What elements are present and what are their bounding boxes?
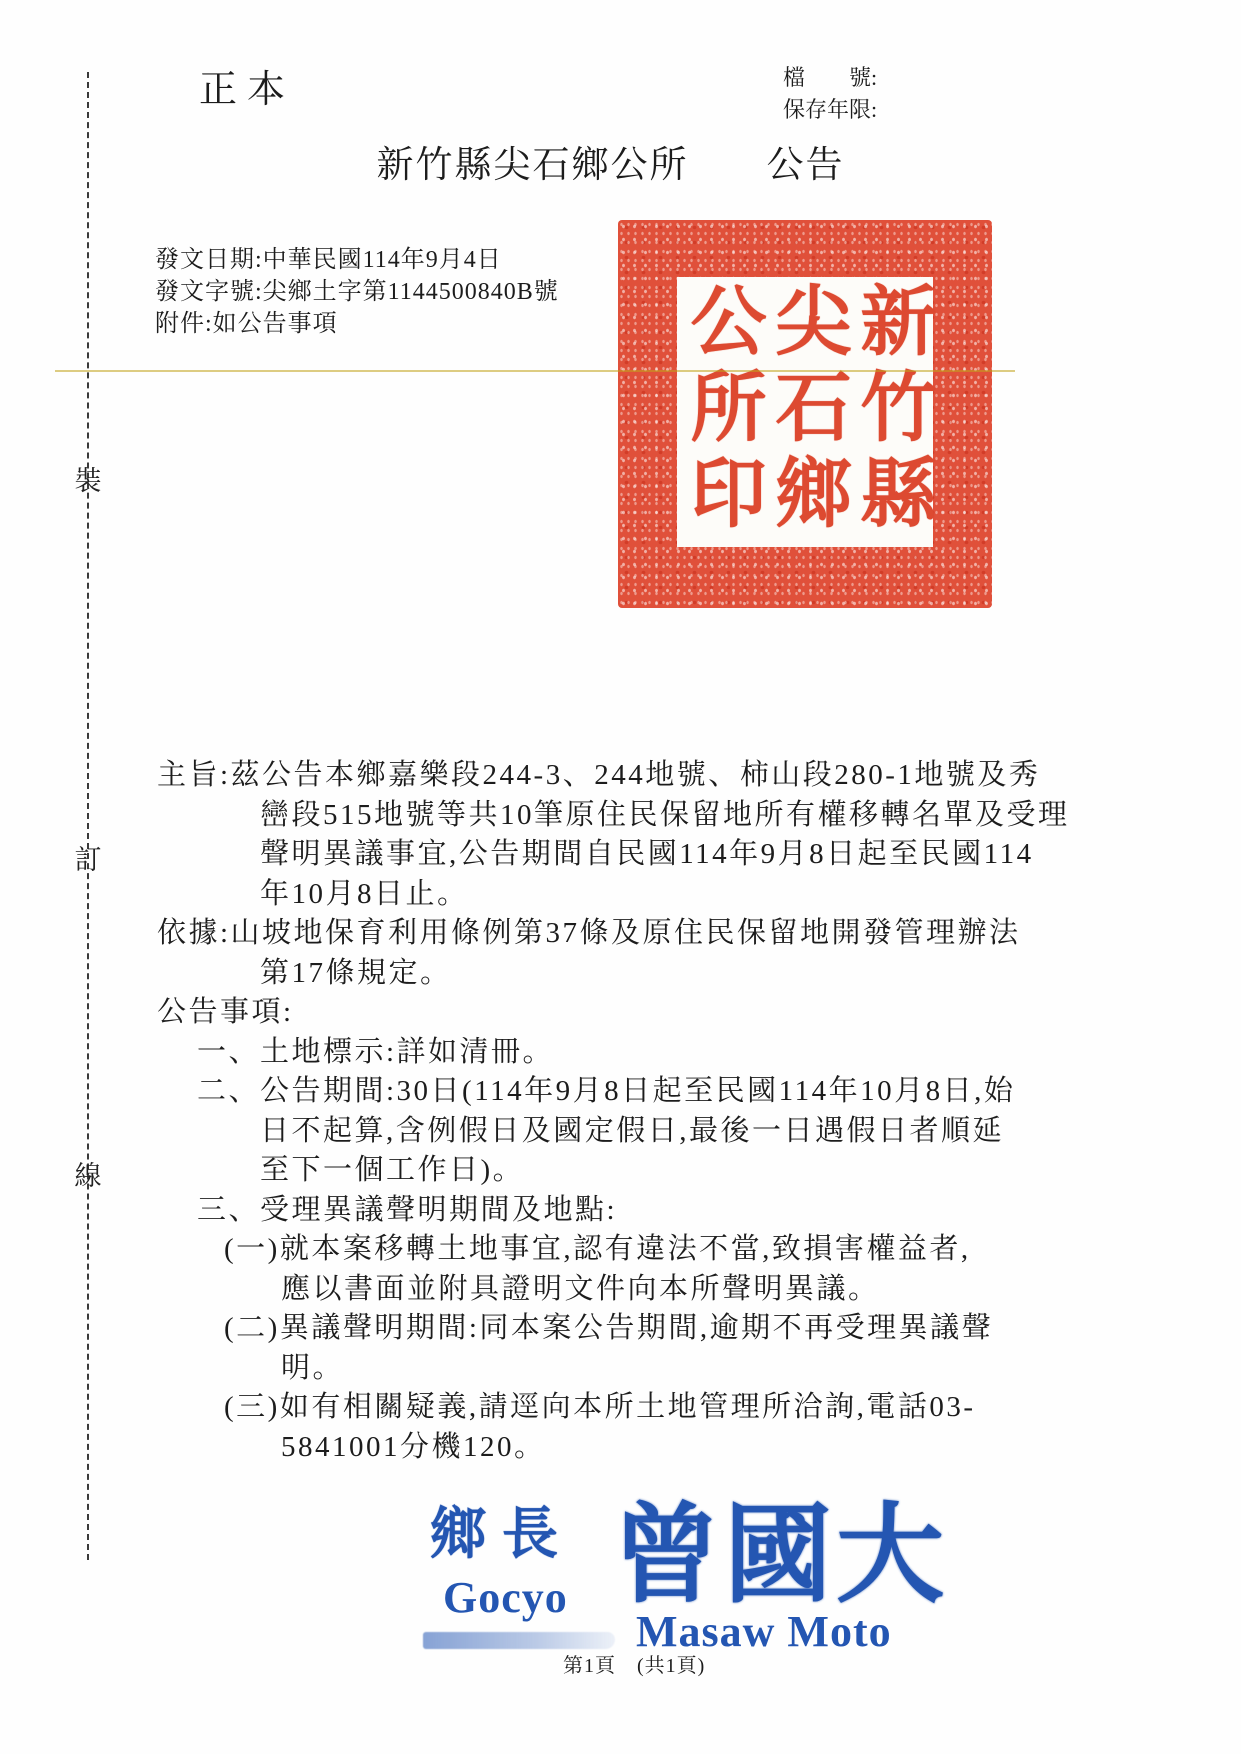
body-line: 第17條規定。 — [0, 954, 1201, 994]
body-line: (一)就本案移轉土地事宜,認有違法不當,致損害權益者, — [0, 1230, 1201, 1270]
body-line: 公告事項: — [0, 993, 1201, 1033]
mayor-title-romanized: Gocyo — [443, 1572, 568, 1623]
document-title: 新竹縣尖石鄉公所 公告 — [0, 134, 1241, 188]
body-line: 年10月8日止。 — [0, 875, 1201, 915]
page-number-footer: 第1頁 (共1頁) — [563, 1649, 705, 1678]
scan-artifact-line — [55, 370, 1015, 372]
file-number-label: 檔 號: — [783, 62, 877, 94]
document-number: 發文字號:尖鄉土字第1144500840B號 — [155, 276, 559, 308]
body-line: 巒段515地號等共10筆原住民保留地所有權移轉名單及受理 — [0, 796, 1201, 836]
official-seal-text: 新竹縣尖石鄉公所印 — [677, 277, 933, 547]
mayor-name-stamp: 曾國大 — [612, 1468, 948, 1623]
attachment-note: 附件:如公告事項 — [155, 308, 559, 340]
body-line: 至下一個工作日)。 — [0, 1151, 1201, 1191]
body-line: 主旨:茲公告本鄉嘉樂段244-3、244地號、柿山段280-1地號及秀 — [0, 756, 1201, 796]
body-line: 5841001分機120。 — [0, 1428, 1201, 1468]
meta-block: 發文日期:中華民國114年9月4日 發文字號:尖鄉土字第1144500840B號… — [155, 244, 559, 340]
body-line: 三、受理異議聲明期間及地點: — [0, 1191, 1201, 1231]
body-line: 一、土地標示:詳如清冊。 — [0, 1033, 1201, 1073]
body-line: 聲明異議事宜,公告期間自民國114年9月8日起至民國114 — [0, 835, 1201, 875]
body-line: (三)如有相關疑義,請逕向本所土地管理所洽詢,電話03- — [0, 1388, 1201, 1428]
body-line: 二、公告期間:30日(114年9月8日起至民國114年10月8日,始 — [0, 1072, 1201, 1112]
file-number-block: 檔 號: 保存年限: — [783, 62, 877, 126]
copy-type-label: 正本 — [199, 58, 295, 113]
mayor-title-stamp: 鄉長 — [430, 1490, 574, 1570]
binding-label-zhuang: 裝 — [73, 466, 103, 496]
announcement-body: 主旨:茲公告本鄉嘉樂段244-3、244地號、柿山段280-1地號及秀 巒段51… — [0, 756, 1201, 1467]
body-line: (二)異議聲明期間:同本案公告期間,逾期不再受理異議聲 — [0, 1309, 1201, 1349]
body-line: 明。 — [0, 1349, 1201, 1389]
issue-date: 發文日期:中華民國114年9月4日 — [155, 244, 559, 276]
announcement-page: 裝 訂 線 正本 檔 號: 保存年限: 新竹縣尖石鄉公所 公告 發文日期:中華民… — [0, 0, 1241, 1754]
body-line: 日不起算,含例假日及國定假日,最後一日遇假日者順延 — [0, 1112, 1201, 1152]
official-seal-inner: 新竹縣尖石鄉公所印 — [677, 277, 933, 547]
body-line: 依據:山坡地保育利用條例第37條及原住民保留地開發管理辦法 — [0, 914, 1201, 954]
retention-period-label: 保存年限: — [783, 94, 877, 126]
official-seal: 新竹縣尖石鄉公所印 — [618, 220, 992, 608]
body-line: 應以書面並附具證明文件向本所聲明異議。 — [0, 1270, 1201, 1310]
ink-smudge — [423, 1632, 615, 1649]
